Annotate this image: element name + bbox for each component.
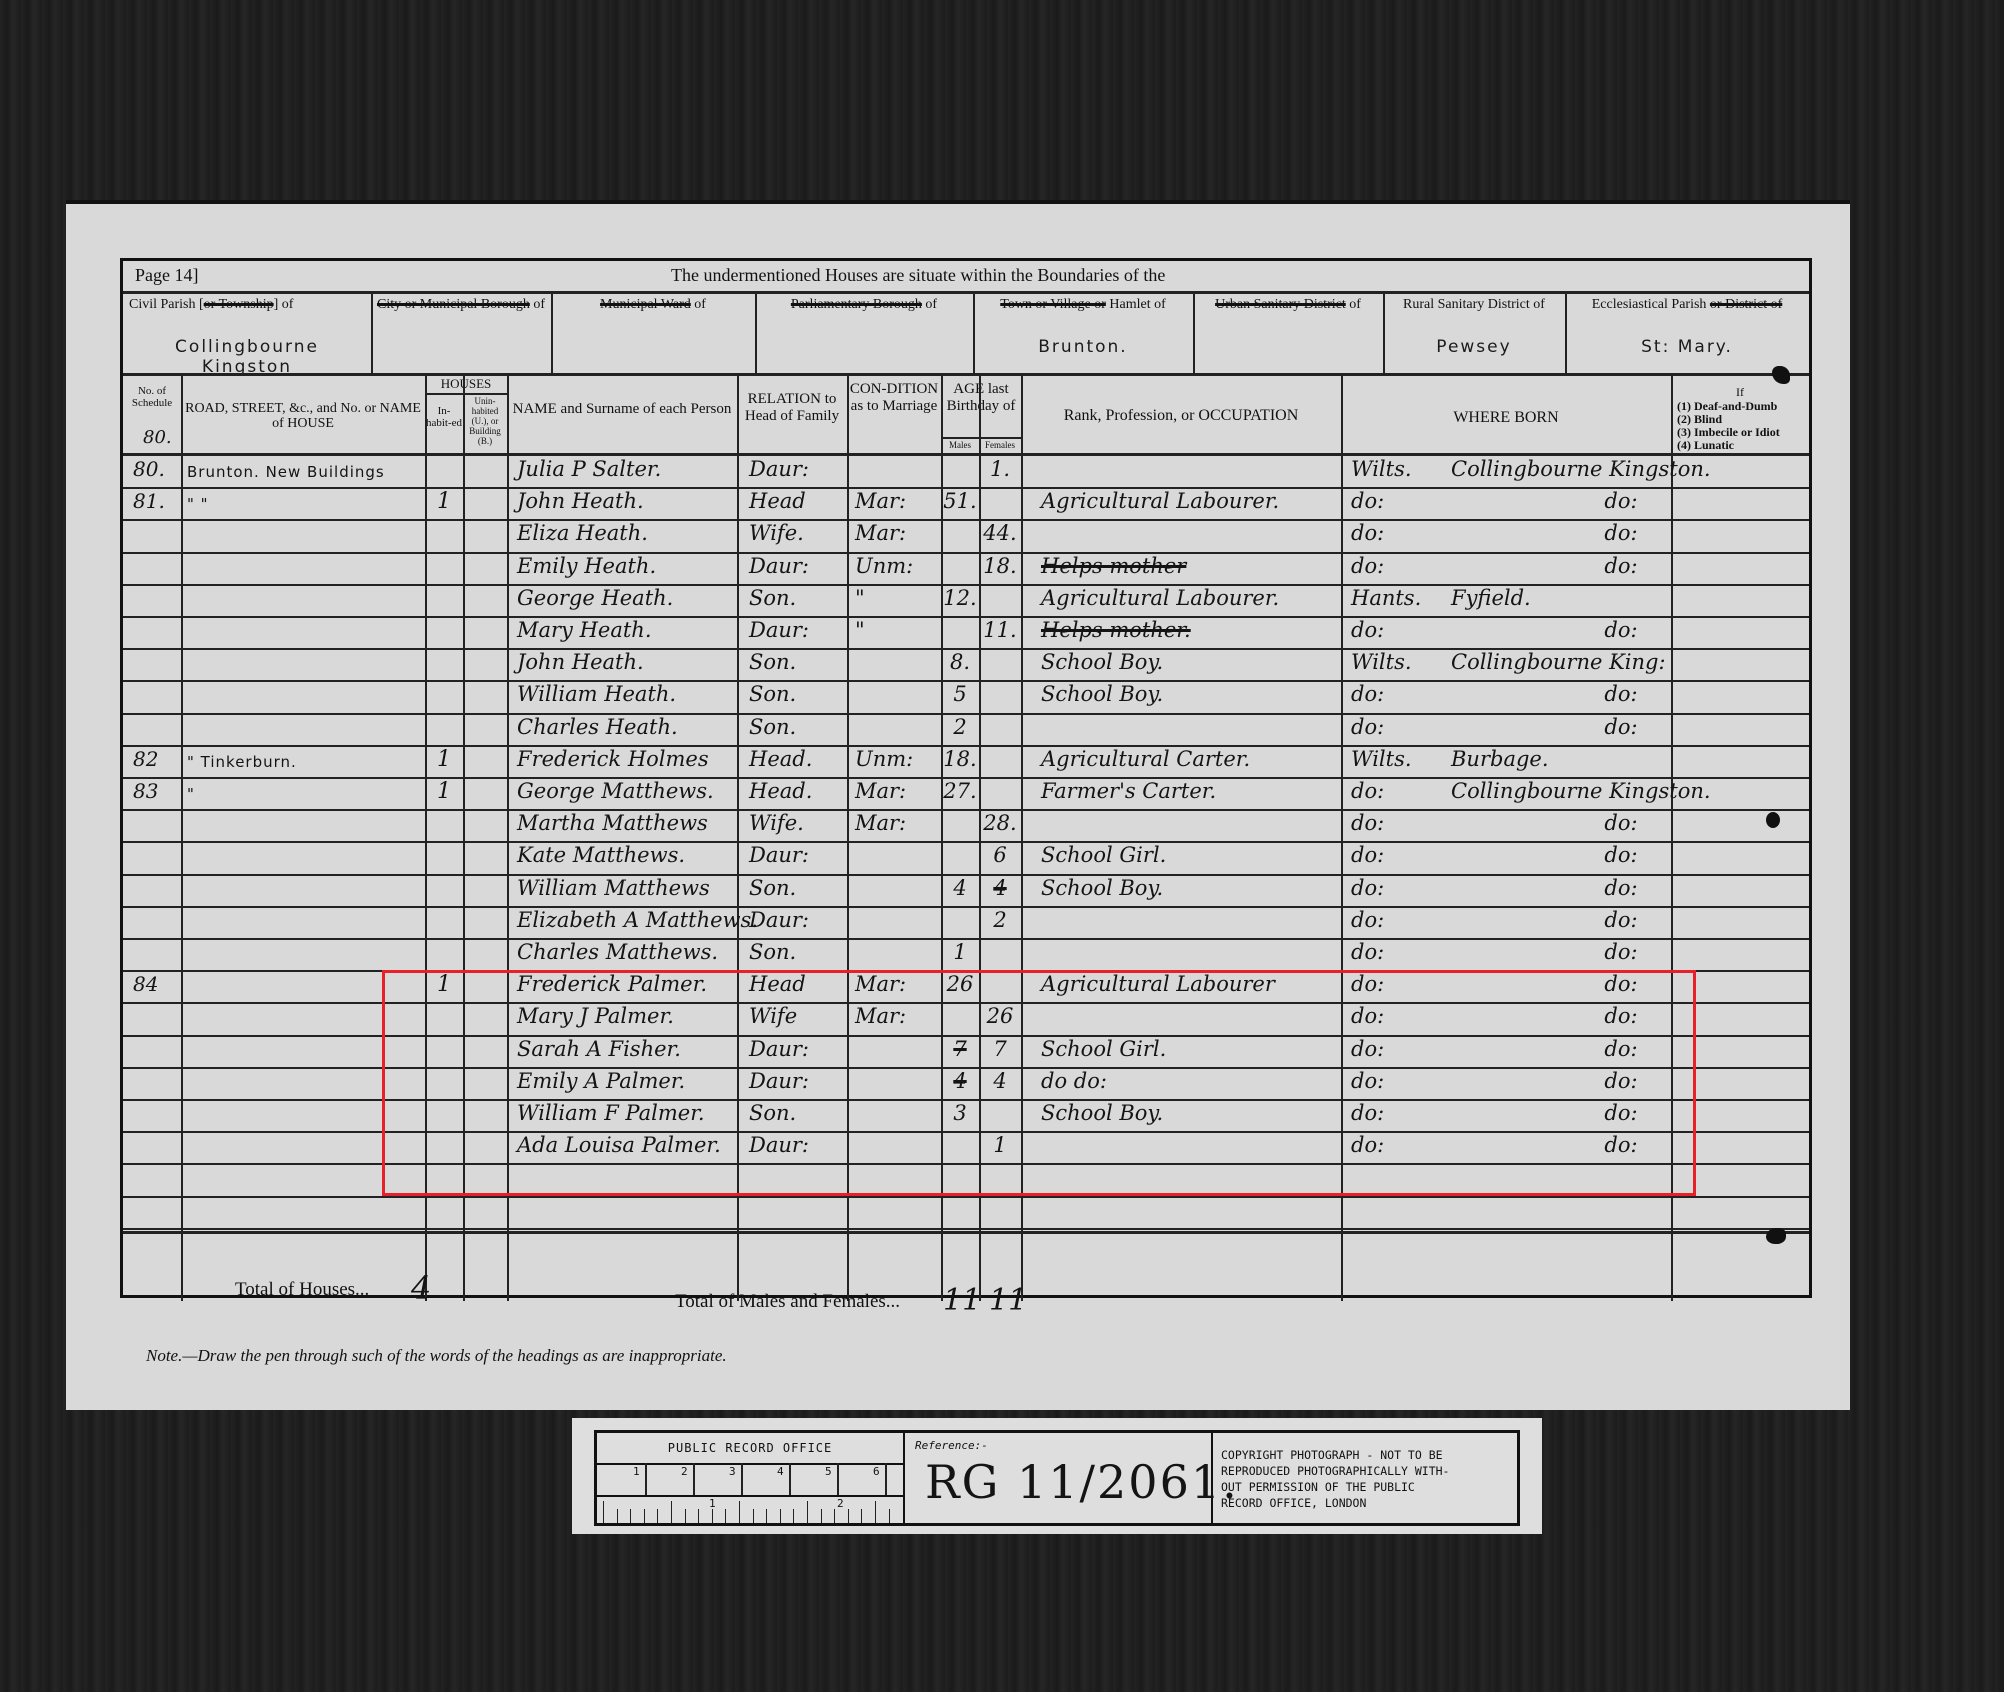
condition: Unm: [855,554,945,578]
birthplace-town: do: [1451,876,1791,900]
header-column-divider [181,373,183,453]
birthplace-town: Collingbourne Kingston. [1451,779,1791,803]
occupation: Helps mother [1041,554,1341,578]
copyright-line: OUT PERMISSION OF THE PUBLIC [1221,1479,1449,1495]
ruler-tick [739,1501,740,1523]
person-name: Elizabeth A Matthews. [517,908,743,932]
boundary-value: Brunton. [983,337,1183,357]
schedule-number: 80. [133,457,179,481]
person-name: William Matthews [517,876,743,900]
total-females: 11 [989,1283,1027,1318]
struck-heading-text: Urban Sanitary District [1215,297,1346,312]
relation: Daur: [749,843,853,867]
person-name: Martha Matthews [517,811,743,835]
male-age: 51. [941,489,979,513]
road-name: " Tinkerburn. [187,747,427,771]
header-condition: CON-DITION as to Marriage [847,381,941,414]
occupation: School Girl. [1041,843,1341,867]
road-name: " [187,779,427,803]
boundary-divider [1565,291,1567,373]
ruler-tick [766,1509,767,1523]
header-column-divider [1341,373,1343,453]
column-divider [181,453,183,1301]
relation: Head [749,489,853,513]
occupation: School Boy. [1041,650,1341,674]
struck-heading-text: or Township [204,297,274,312]
header-females: Females [979,441,1021,451]
header-infirmity-item: (4) Lunatic [1677,438,1734,453]
header-road: ROAD, STREET, &c., and No. or NAME of HO… [181,401,425,432]
occupation: Agricultural Labourer. [1041,489,1341,513]
person-name: Charles Matthews. [517,940,743,964]
schedule-number: 84 [133,972,179,996]
female-age: 11. [979,618,1021,642]
male-age: 18. [941,747,979,771]
ruler-tick [671,1501,672,1523]
male-age: 8. [941,650,979,674]
birthplace-town: Collingbourne Kingston. [1451,457,1791,481]
boundary-label: Urban Sanitary District of [1199,297,1377,313]
pro-title: PUBLIC RECORD OFFICE [597,1441,903,1455]
ruler-label: 5 [825,1465,832,1478]
birthplace-town: do: [1451,843,1791,867]
reference-label: Reference:- [915,1439,988,1452]
person-name: Julia P Salter. [517,457,743,481]
female-age: 18. [979,554,1021,578]
houses-divider [425,393,507,395]
birthplace-town: do: [1451,908,1791,932]
occupation: Agricultural Carter. [1041,747,1341,771]
ruler-tick [753,1509,754,1523]
person-name: Mary Heath. [517,618,743,642]
header-inhabited: In-habit-ed [425,405,463,429]
male-age: 12. [941,586,979,610]
ruler-tick [861,1509,862,1523]
header-column-divider [425,373,427,453]
person-name: Eliza Heath. [517,521,743,545]
occupation: Agricultural Labourer. [1041,586,1341,610]
ruler-tick [837,1463,839,1495]
ruler-tick [780,1509,781,1523]
ruler-tick [725,1509,726,1523]
header-column-divider [847,373,849,453]
boundary-label: City or Municipal Borough of [377,297,545,313]
ruler-tick [644,1509,645,1523]
form-note: Note.—Draw the pen through such of the w… [146,1346,727,1366]
ink-blot [1766,812,1780,828]
header-uninhabited: Unin-habited (U.), or Building (B.) [463,397,507,446]
copyright-line: COPYRIGHT PHOTOGRAPH - NOT TO BE [1221,1447,1449,1463]
birthplace-town: do: [1451,940,1791,964]
birthplace-town: do: [1451,715,1791,739]
ruler-tick [685,1509,686,1523]
boundary-divider [551,291,553,373]
header-infirmity-if: If [1675,385,1805,400]
header-age: AGE last Birthday of [941,381,1021,414]
header-where-born: WHERE BORN [1341,409,1671,427]
occupation: Helps mother. [1041,618,1341,642]
male-age: 1 [941,940,979,964]
boundary-divider [1193,291,1195,373]
person-name: Kate Matthews. [517,843,743,867]
boundary-label: Municipal Ward of [557,297,749,313]
age-divider [941,437,1021,439]
occupation: Farmer's Carter. [1041,779,1341,803]
ruler-tick [698,1509,699,1523]
total-houses-label: Total of Houses... [235,1279,369,1301]
condition: Mar: [855,521,945,545]
ruler-bottom: 12 [597,1495,903,1523]
ruler-label: 1 [709,1497,716,1510]
ruler-tick [712,1509,713,1523]
boundary-label: Parliamentary Borough of [761,297,967,313]
road-name: Brunton. New Buildings [187,457,427,481]
header-column-divider [463,373,465,453]
relation: Son. [749,715,853,739]
occupation: School Boy. [1041,682,1341,706]
ruler-tick [645,1463,647,1495]
relation: Head. [749,747,853,771]
struck-heading-text: or District of [1710,297,1782,312]
ruler-tick [630,1509,631,1523]
birthplace-town: Collingbourne King: [1451,650,1791,674]
relation: Daur: [749,554,853,578]
person-name: Frederick Holmes [517,747,743,771]
schedule-number: 82 [133,747,179,771]
birthplace-town: do: [1451,554,1791,578]
public-record-office-label: PUBLIC RECORD OFFICE 123456 12 Reference… [572,1418,1542,1534]
birthplace-town: do: [1451,682,1791,706]
relation: Son. [749,682,853,706]
condition: Mar: [855,779,945,803]
person-name: William Heath. [517,682,743,706]
person-name: George Heath. [517,586,743,610]
relation: Wife. [749,521,853,545]
boundary-divider [1383,291,1385,373]
ruler-tick [741,1463,743,1495]
boundary-label: Rural Sanitary District of [1389,297,1559,313]
birthplace-town: Burbage. [1451,747,1791,771]
inhabited-count: 1 [425,779,463,804]
relation: Daur: [749,908,853,932]
total-houses-value: 4 [411,1269,431,1307]
female-age: 2 [979,908,1021,932]
boundary-value: St: Mary. [1575,337,1799,357]
condition: " [855,586,945,610]
relation: Daur: [749,618,853,642]
struck-heading-text: Town or Village or [1000,297,1106,312]
ruler-label: 1 [633,1465,640,1478]
header-schedule: No. of Schedule [123,385,181,409]
male-age: 4 [941,876,979,900]
birthplace-town: Fyfield. [1451,586,1791,610]
copyright-line: RECORD OFFICE, LONDON [1221,1495,1449,1511]
relation: Son. [749,876,853,900]
ruler-label: 2 [837,1497,844,1510]
ruler-tick [821,1509,822,1523]
struck-heading-text: Municipal Ward [600,297,691,312]
header-relation: RELATION to Head of Family [737,391,847,424]
struck-heading-text: Parliamentary Borough [791,297,922,312]
header-males: Males [941,441,979,451]
header-name: NAME and Surname of each Person [507,401,737,418]
header-column-divider [1671,373,1673,453]
schedule-number: 83 [133,779,179,803]
ink-blot [1766,1228,1786,1244]
ruler-label: 3 [729,1465,736,1478]
boundary-label: Ecclesiastical Parish or District of [1571,297,1803,313]
birthplace-town: do: [1451,489,1791,513]
person-name: George Matthews. [517,779,743,803]
ruler-tick [885,1463,887,1495]
header-houses: HOUSES [425,377,507,391]
header-column-divider [507,373,509,453]
boundary-label: Town or Village or Hamlet of [979,297,1187,313]
person-name: Charles Heath. [517,715,743,739]
person-name: John Heath. [517,489,743,513]
relation: Head. [749,779,853,803]
female-age: 4 [979,876,1021,900]
ruler-tick [657,1509,658,1523]
male-age: 5 [941,682,979,706]
header-occupation: Rank, Profession, or OCCUPATION [1021,407,1341,425]
boundary-value: Collingbourne Kingston [133,337,361,377]
struck-heading-text: City or Municipal Borough [377,297,530,312]
header-schedule-note: 80. [143,427,172,448]
boundary-divider [973,291,975,373]
ruler-tick [789,1463,791,1495]
header-column-divider [941,373,943,453]
ruler-tick [603,1501,604,1523]
birthplace-town: do: [1451,521,1791,545]
ruler-tick [793,1509,794,1523]
copyright-notice: COPYRIGHT PHOTOGRAPH - NOT TO BEREPRODUC… [1221,1447,1449,1511]
header-column-divider [737,373,739,453]
condition: Mar: [855,489,945,513]
person-name: John Heath. [517,650,743,674]
ruler-tick [889,1509,890,1523]
female-age: 44. [979,521,1021,545]
ruler-tick [875,1501,876,1523]
row-rule [123,1228,1809,1230]
person-name: Emily Heath. [517,554,743,578]
birthplace-town: do: [1451,618,1791,642]
boundary-divider [755,291,757,373]
occupation: School Boy. [1041,876,1341,900]
condition: Unm: [855,747,945,771]
ruler-label: 6 [873,1465,880,1478]
header-column-divider [979,373,981,453]
birthplace-town: do: [1451,811,1791,835]
reference-number: RG 11/2061. [925,1455,1239,1509]
copyright-line: REPRODUCED PHOTOGRAPHICALLY WITH- [1221,1463,1449,1479]
total-males: 11 [943,1283,981,1318]
relation: Son. [749,586,853,610]
ruler-tick [834,1509,835,1523]
boundary-label: Civil Parish [or Township] of [129,297,365,313]
relation: Son. [749,940,853,964]
male-age: 2 [941,715,979,739]
road-name: " " [187,489,427,513]
ruler-label: 2 [681,1465,688,1478]
ruler-label: 4 [777,1465,784,1478]
boundary-value: Pewsey [1393,337,1555,357]
schedule-number: 81. [133,489,179,513]
female-age: 28. [979,811,1021,835]
male-age: 27. [941,779,979,803]
relation: Wife. [749,811,853,835]
ruler-tick [848,1509,849,1523]
ruler-tick [807,1501,808,1523]
condition: Mar: [855,811,945,835]
ruler-top: 123456 [597,1463,903,1495]
relation: Daur: [749,457,853,481]
boundary-divider [371,291,373,373]
ruler-tick [693,1463,695,1495]
female-age: 1. [979,457,1021,481]
condition: " [855,618,945,642]
total-persons-label: Total of Males and Females... [675,1291,900,1313]
header-column-divider [1021,373,1023,453]
inhabited-count: 1 [425,747,463,772]
page-title: The undermentioned Houses are situate wi… [671,265,1165,286]
inhabited-count: 1 [425,489,463,514]
ruler-tick [617,1509,618,1523]
female-age: 6 [979,843,1021,867]
relation: Son. [749,650,853,674]
highlight-box-palmer-household [382,970,1696,1196]
page-number: Page 14] [135,265,198,286]
